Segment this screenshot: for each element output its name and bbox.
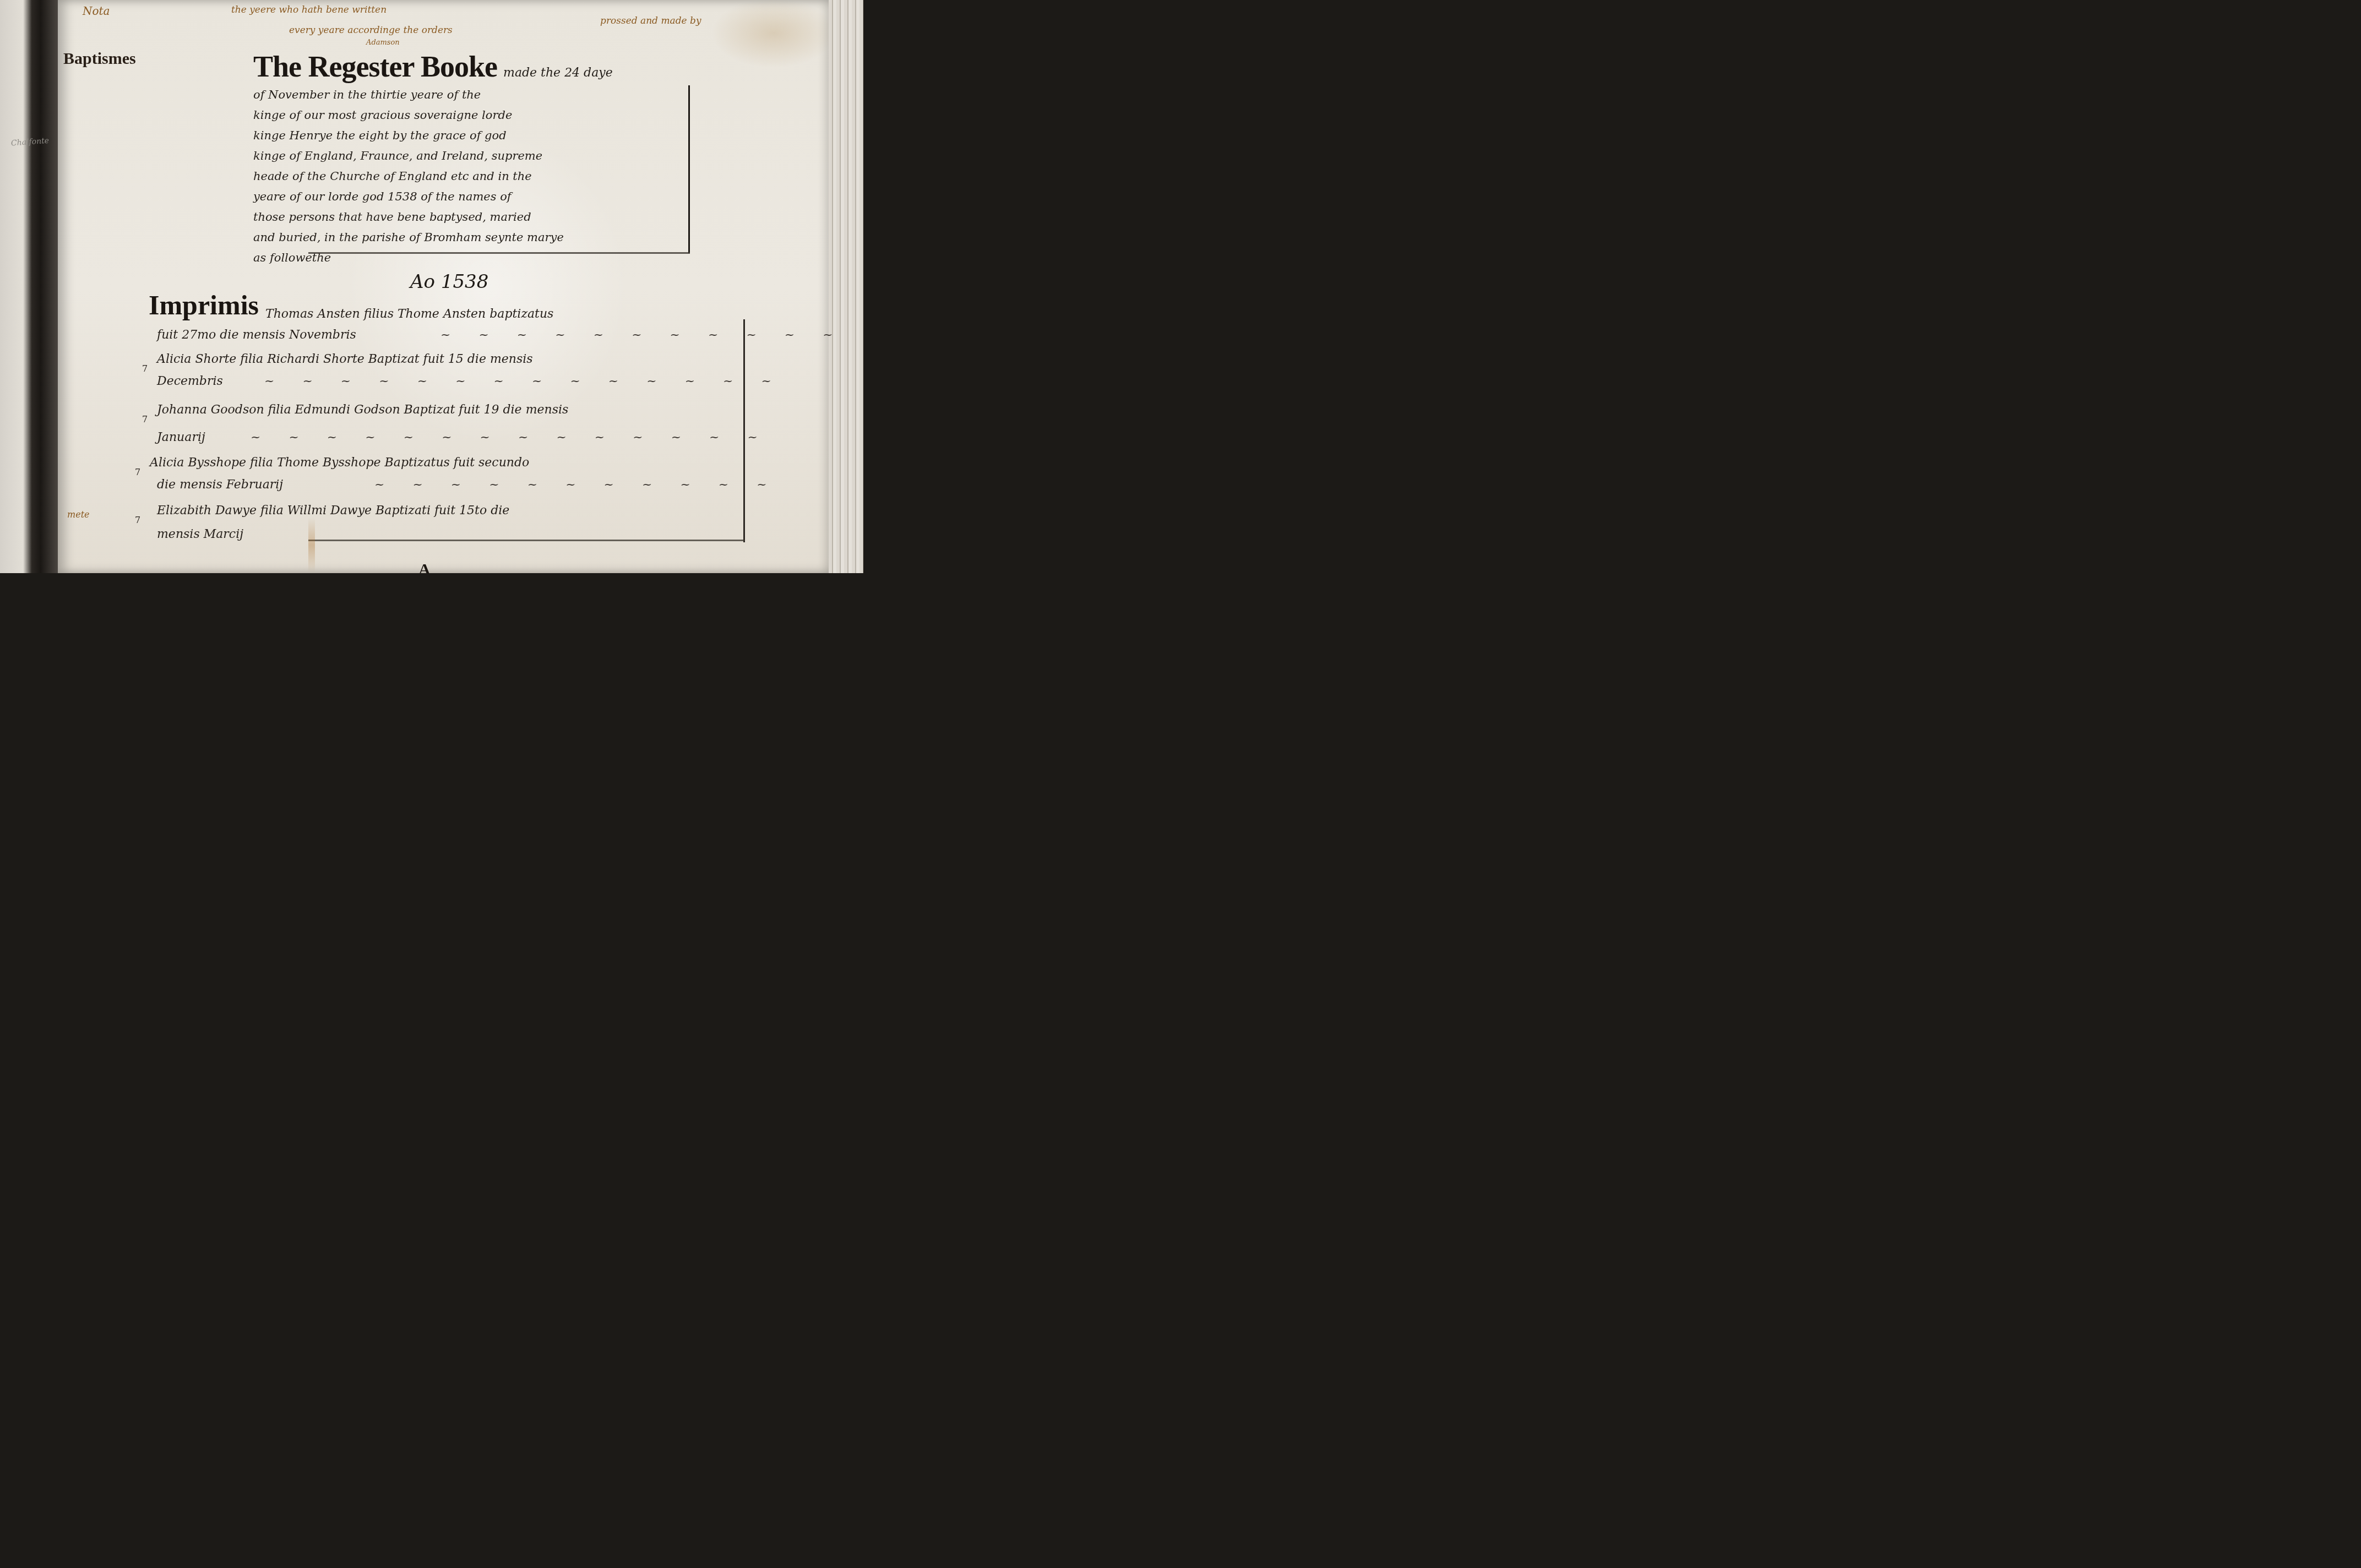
year-label: Ao 1538 [410,271,488,293]
title-line: kinge of our most gracious soveraigne lo… [253,105,699,126]
rust-stain [308,518,315,573]
section-heading-baptismes: Baptismes [63,50,136,68]
entries-frame-right [743,319,745,542]
imprimis-heading: Imprimis [149,289,259,321]
entry-5-line2: mensis Marcij [157,527,243,541]
entry-5-margin-note: mete [67,509,90,520]
entry-4-line2: die mensis Februarij [157,478,283,492]
title-line: kinge of England, Fraunce, and Ireland, … [253,146,699,166]
annotation-line1: the yeere who hath bene written [231,4,387,15]
entry-4-marker: 7 [135,467,140,477]
footer-fragment: A [418,560,431,573]
entry-3-fill: ~ ~ ~ ~ ~ ~ ~ ~ ~ ~ ~ ~ ~ ~ [251,431,770,444]
annotation-right: prossed and made by [600,15,701,26]
title-line: heade of the Churche of England etc and … [253,166,699,187]
page-edges [829,0,863,573]
entry-2-line2: Decembris [157,374,223,388]
entry-5-line1: Elizabith Dawye filia Willmi Dawye Bapti… [157,504,509,518]
book-gutter [0,0,58,573]
entry-2-fill: ~ ~ ~ ~ ~ ~ ~ ~ ~ ~ ~ ~ ~ ~ [264,374,784,388]
title-line: of November in the thirtie yeare of the [253,85,699,105]
title-block: The Regester Booke made the 24 daye of N… [253,50,699,268]
title-line: yeare of our lorde god 1538 of the names… [253,187,699,207]
entry-1-line1: Thomas Ansten filius Thome Ansten baptiz… [265,307,553,321]
entry-1-fill: ~ ~ ~ ~ ~ ~ ~ ~ ~ ~ ~ [440,328,845,342]
annotation-line3: Adamson [366,39,400,47]
entry-3-line1: Johanna Goodson filia Edmundi Godson Bap… [157,403,568,417]
title-line: those persons that have bene baptysed, m… [253,207,699,227]
annotation-nota: Nota [83,4,110,18]
entry-4-line1: Alicia Bysshope filia Thome Bysshope Bap… [150,456,529,470]
title-lines: of November in the thirtie yeare of the … [253,85,699,268]
entry-1-line2: fuit 27mo die mensis Novembris [157,328,356,342]
entries-frame-bottom [308,540,744,541]
entry-2-marker: 7 [142,363,148,374]
title-line: as followethe [253,248,699,268]
title-frame-bottom [308,252,690,254]
title-line: kinge Henrye the eight by the grace of g… [253,126,699,146]
entry-2-line1: Alicia Shorte filia Richardi Shorte Bapt… [157,352,533,366]
entry-3-marker: 7 [142,414,148,424]
annotation-line2: every yeare accordinge the orders [289,25,453,36]
title-main: The Regester Booke [253,50,497,84]
entry-4-fill: ~ ~ ~ ~ ~ ~ ~ ~ ~ ~ ~ [374,478,779,492]
title-first-line-rest: made the 24 daye [503,66,613,80]
title-line: and buried, in the parishe of Bromham se… [253,227,699,248]
entry-3-line2: Januarij [157,431,205,444]
title-frame-right [688,85,690,253]
entry-5-marker: 7 [135,515,140,525]
